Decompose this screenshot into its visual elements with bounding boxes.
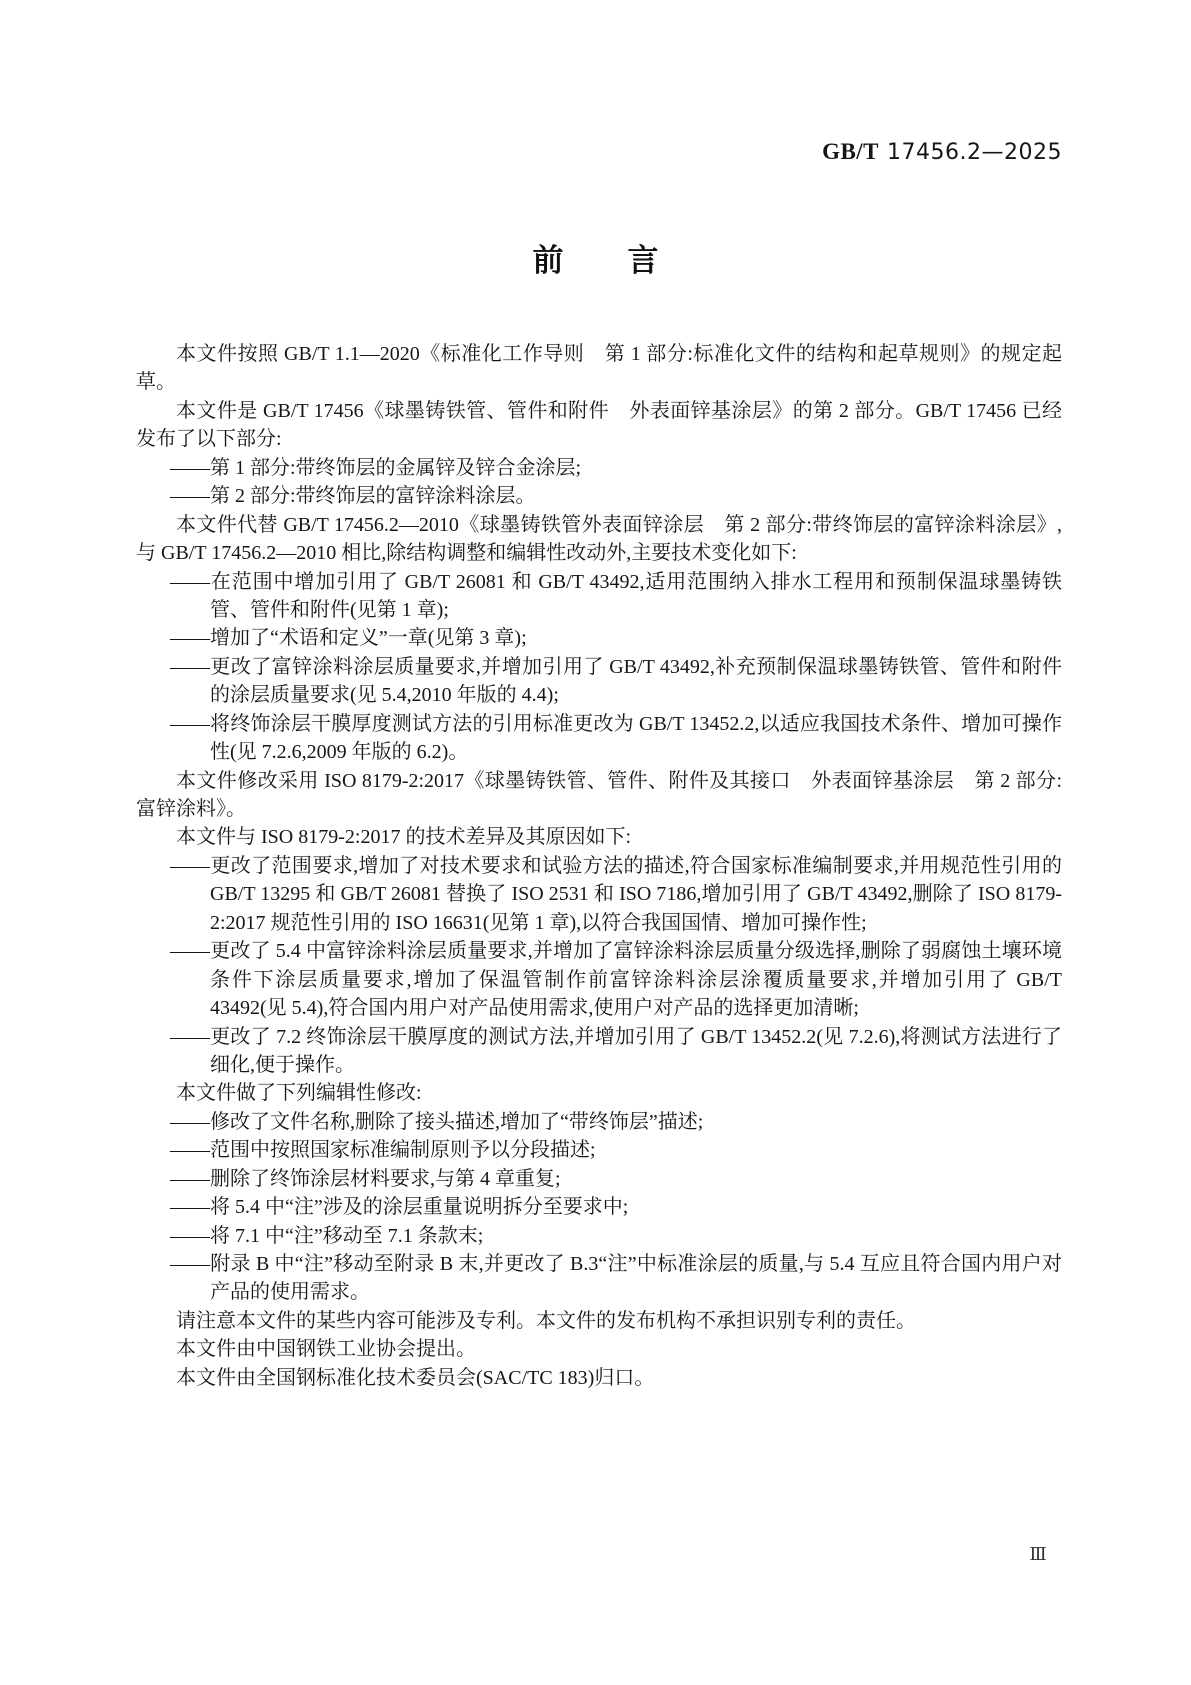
foreword-paragraph: ——增加了“术语和定义”一章(见第 3 章);	[136, 624, 1062, 652]
foreword-paragraph: 本文件代替 GB/T 17456.2—2010《球墨铸铁管外表面锌涂层 第 2 …	[136, 511, 1062, 568]
page-title: 前言	[0, 243, 1191, 279]
foreword-paragraph: 请注意本文件的某些内容可能涉及专利。本文件的发布机构不承担识别专利的责任。	[136, 1307, 1062, 1335]
foreword-paragraph: ——更改了 5.4 中富锌涂料涂层质量要求,并增加了富锌涂料涂层质量分级选择,删…	[136, 937, 1062, 1022]
foreword-paragraph: ——第 1 部分:带终饰层的金属锌及锌合金涂层;	[136, 454, 1062, 482]
page-title-char-1: 前	[533, 243, 564, 278]
standard-code-number: 17456.2—2025	[887, 140, 1062, 165]
foreword-body: 本文件按照 GB/T 1.1—2020《标准化工作导则 第 1 部分:标准化文件…	[136, 340, 1062, 1392]
foreword-paragraph: ——在范围中增加引用了 GB/T 26081 和 GB/T 43492,适用范围…	[136, 568, 1062, 625]
foreword-paragraph: 本文件由中国钢铁工业协会提出。	[136, 1335, 1062, 1363]
foreword-paragraph: ——更改了 7.2 终饰涂层干膜厚度的测试方法,并增加引用了 GB/T 1345…	[136, 1023, 1062, 1080]
foreword-paragraph: 本文件修改采用 ISO 8179-2:2017《球墨铸铁管、管件、附件及其接口 …	[136, 767, 1062, 824]
foreword-paragraph: ——将终饰涂层干膜厚度测试方法的引用标准更改为 GB/T 13452.2,以适应…	[136, 710, 1062, 767]
foreword-paragraph: ——将 5.4 中“注”涉及的涂层重量说明拆分至要求中;	[136, 1193, 1062, 1221]
document-page: GB/T17456.2—2025 前言 本文件按照 GB/T 1.1—2020《…	[0, 0, 1191, 1685]
foreword-paragraph: ——更改了富锌涂料涂层质量要求,并增加引用了 GB/T 43492,补充预制保温…	[136, 653, 1062, 710]
foreword-paragraph: 本文件由全国钢标准化技术委员会(SAC/TC 183)归口。	[136, 1364, 1062, 1392]
page-number: Ⅲ	[1018, 1544, 1058, 1565]
foreword-paragraph: 本文件按照 GB/T 1.1—2020《标准化工作导则 第 1 部分:标准化文件…	[136, 340, 1062, 397]
foreword-paragraph: ——附录 B 中“注”移动至附录 B 末,并更改了 B.3“注”中标准涂层的质量…	[136, 1250, 1062, 1307]
foreword-paragraph: ——更改了范围要求,增加了对技术要求和试验方法的描述,符合国家标准编制要求,并用…	[136, 852, 1062, 937]
foreword-paragraph: ——删除了终饰涂层材料要求,与第 4 章重复;	[136, 1165, 1062, 1193]
foreword-paragraph: 本文件是 GB/T 17456《球墨铸铁管、管件和附件 外表面锌基涂层》的第 2…	[136, 397, 1062, 454]
foreword-paragraph: 本文件做了下列编辑性修改:	[136, 1079, 1062, 1107]
foreword-paragraph: ——将 7.1 中“注”移动至 7.1 条款末;	[136, 1222, 1062, 1250]
standard-code: GB/T17456.2—2025	[0, 139, 1062, 165]
standard-code-prefix: GB/T	[822, 139, 879, 164]
foreword-paragraph: 本文件与 ISO 8179-2:2017 的技术差异及其原因如下:	[136, 823, 1062, 851]
foreword-paragraph: ——修改了文件名称,删除了接头描述,增加了“带终饰层”描述;	[136, 1108, 1062, 1136]
foreword-paragraph: ——范围中按照国家标准编制原则予以分段描述;	[136, 1136, 1062, 1164]
foreword-paragraph: ——第 2 部分:带终饰层的富锌涂料涂层。	[136, 482, 1062, 510]
page-title-char-2: 言	[628, 243, 659, 278]
